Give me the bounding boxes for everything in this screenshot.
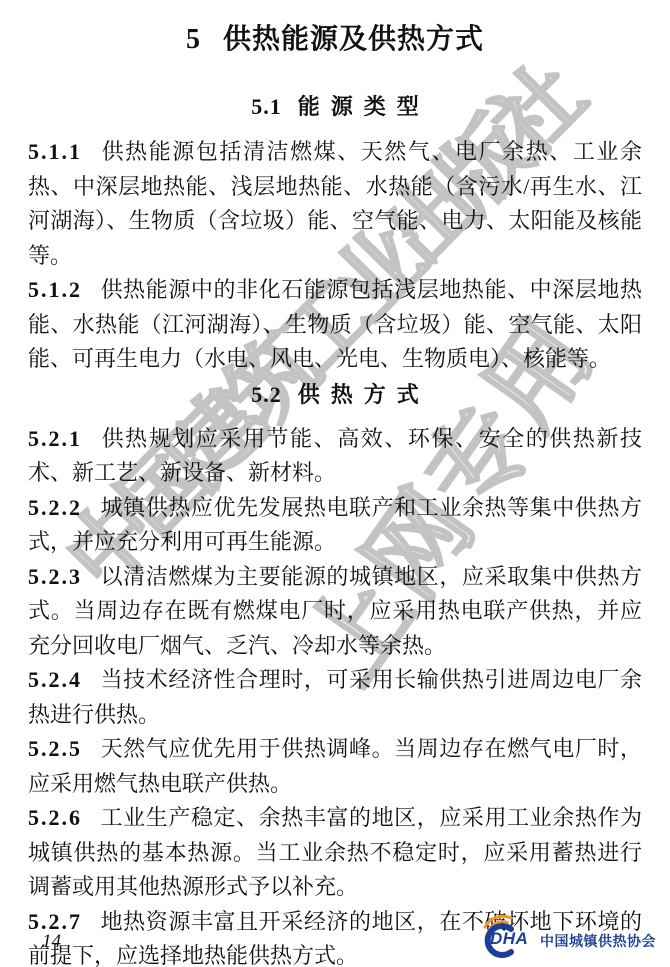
- paragraph-5-2-2: 5.2.2城镇供热应优先发展热电联产和工业余热等集中供热方式，并应充分利用可再生…: [28, 491, 642, 560]
- chapter-number: 5: [186, 24, 201, 55]
- logo-org-name: 中国城镇供热协会: [540, 931, 656, 951]
- document-body: 5供热能源及供热方式 5.1能源类型 5.1.1供热能源包括清洁燃煤、天然气、电…: [0, 0, 670, 967]
- paragraph-text: 天然气应优先用于供热调峰。当周边存在燃气电厂时，应采用燃气热电联产供热。: [28, 736, 642, 796]
- logo-acronym: DHA: [490, 929, 528, 949]
- paragraph-number: 5.1.1: [28, 139, 82, 164]
- section-title: 供热方式: [298, 382, 430, 407]
- section-number: 5.2: [251, 382, 282, 407]
- chapter-title: 供热能源及供热方式: [223, 24, 484, 55]
- paragraph-5-2-6: 5.2.6工业生产稳定、余热丰富的地区，应采用工业余热作为城镇供热的基本热源。当…: [28, 801, 642, 905]
- paragraph-number: 5.1.2: [28, 277, 82, 302]
- section-heading-5-2: 5.2供热方式: [28, 382, 642, 408]
- section-number: 5.1: [251, 94, 282, 119]
- paragraph-5-1-1: 5.1.1供热能源包括清洁燃煤、天然气、电厂余热、工业余热、中深层地热能、浅层地…: [28, 135, 642, 273]
- document-page: { "page": { "chapter": { "number": "5", …: [0, 0, 670, 967]
- paragraph-number: 5.2.5: [28, 736, 82, 761]
- paragraph-text: 城镇供热应优先发展热电联产和工业余热等集中供热方式，并应充分利用可再生能源。: [28, 495, 642, 555]
- paragraph-text: 供热能源包括清洁燃煤、天然气、电厂余热、工业余热、中深层地热能、浅层地热能、水热…: [28, 139, 642, 268]
- paragraph-text: 工业生产稳定、余热丰富的地区，应采用工业余热作为城镇供热的基本热源。当工业余热不…: [28, 805, 642, 899]
- paragraph-number: 5.2.3: [28, 564, 82, 589]
- page-number: 14: [42, 931, 61, 953]
- paragraph-number: 5.2.4: [28, 667, 82, 692]
- paragraph-text: 当技术经济性合理时，可采用长输供热引进周边电厂余热进行供热。: [28, 667, 642, 727]
- paragraph-5-2-4: 5.2.4当技术经济性合理时，可采用长输供热引进周边电厂余热进行供热。: [28, 663, 642, 732]
- dha-association-logo: DHA 中国城镇供热协会: [478, 914, 658, 958]
- chapter-heading: 5供热能源及供热方式: [28, 20, 642, 60]
- paragraph-text: 供热规划应采用节能、高效、环保、安全的供热新技术、新工艺、新设备、新材料。: [28, 426, 642, 486]
- section-heading-5-1: 5.1能源类型: [28, 94, 642, 120]
- paragraph-number: 5.2.2: [28, 495, 82, 520]
- paragraph-5-1-2: 5.1.2供热能源中的非化石能源包括浅层地热能、中深层地热能、水热能（江河湖海）…: [28, 273, 642, 377]
- paragraph-number: 5.2.6: [28, 805, 82, 830]
- paragraph-text: 供热能源中的非化石能源包括浅层地热能、中深层地热能、水热能（江河湖海）、生物质（…: [28, 277, 642, 371]
- paragraph-text: 以清洁燃煤为主要能源的城镇地区，应采取集中供热方式。当周边存在既有燃煤电厂时，应…: [28, 564, 642, 658]
- paragraph-number: 5.2.1: [28, 426, 82, 451]
- paragraph-number: 5.2.7: [28, 909, 82, 934]
- paragraph-5-2-3: 5.2.3以清洁燃煤为主要能源的城镇地区，应采取集中供热方式。当周边存在既有燃煤…: [28, 560, 642, 664]
- paragraph-5-2-5: 5.2.5天然气应优先用于供热调峰。当周边存在燃气电厂时，应采用燃气热电联产供热…: [28, 732, 642, 801]
- section-title: 能源类型: [298, 94, 430, 119]
- paragraph-5-2-1: 5.2.1供热规划应采用节能、高效、环保、安全的供热新技术、新工艺、新设备、新材…: [28, 422, 642, 491]
